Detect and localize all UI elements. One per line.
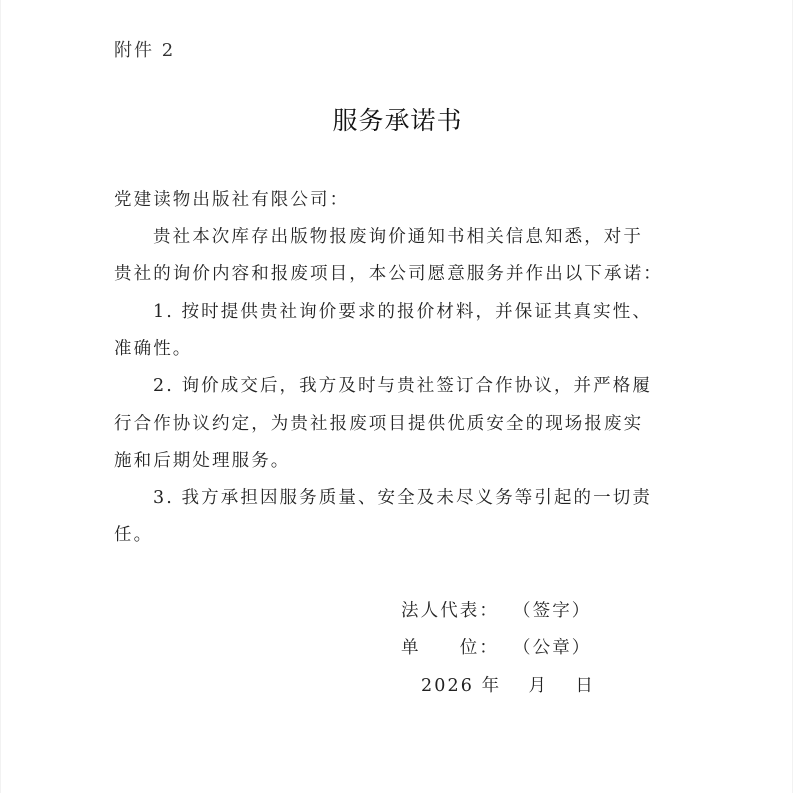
addressee: 党建读物出版社有限公司：: [114, 186, 349, 211]
unit-seal: （公章）: [513, 634, 591, 659]
item-1-line-2: 准确性。: [114, 335, 192, 360]
legal-rep-signature: （签字）: [513, 597, 591, 622]
item-2-line-3: 施和后期处理服务。: [114, 447, 290, 472]
item-2-line-2: 行合作协议约定，为贵社报废项目提供优质安全的现场报废实: [114, 410, 643, 435]
signature-date: 2026 年 月 日: [421, 672, 595, 697]
unit-label: 单 位：: [401, 634, 499, 659]
legal-rep-label: 法人代表：: [401, 597, 499, 622]
item-1-line-1: 1. 按时提供贵社询价要求的报价材料，并保证其真实性、: [153, 298, 652, 323]
intro-line-2: 贵社的询价内容和报废项目，本公司愿意服务并作出以下承诺：: [114, 260, 663, 285]
intro-line-1: 贵社本次库存出版物报废询价通知书相关信息知悉，对于: [153, 223, 643, 248]
document-page: 附件 2 服务承诺书 党建读物出版社有限公司： 贵社本次库存出版物报废询价通知书…: [0, 0, 793, 793]
attachment-label: 附件 2: [114, 36, 175, 62]
document-title: 服务承诺书: [1, 101, 793, 137]
item-3-line-1: 3. 我方承担因服务质量、安全及未尽义务等引起的一切责: [153, 484, 652, 509]
item-3-line-2: 任。: [114, 521, 153, 546]
item-2-line-1: 2. 询价成交后，我方及时与贵社签订合作协议，并严格履: [153, 372, 652, 397]
